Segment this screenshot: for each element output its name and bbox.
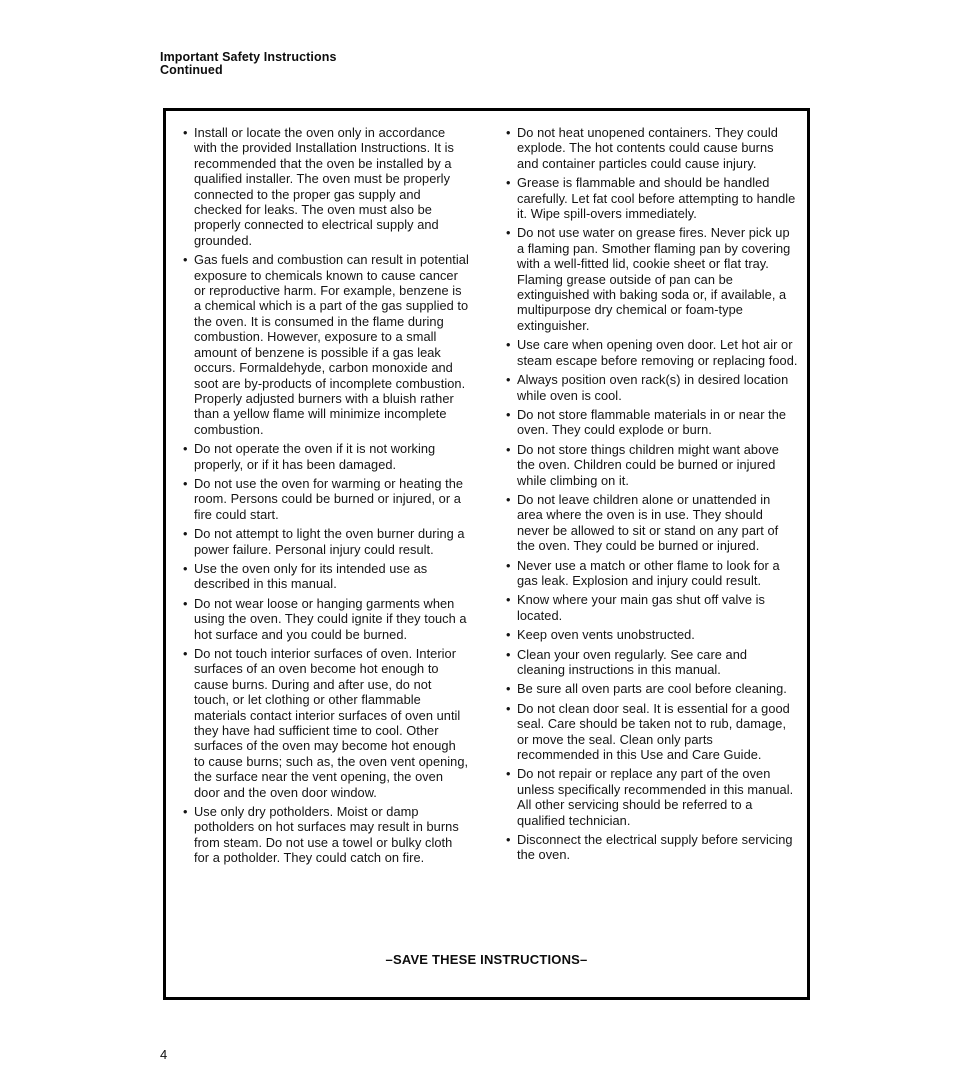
instructions-columns: Install or locate the oven only in accor… (166, 111, 807, 870)
safety-instruction-item: Use only dry potholders. Moist or damp p… (183, 804, 470, 866)
safety-instruction-item: Do not leave children alone or unattende… (506, 492, 798, 554)
safety-instructions-box: Install or locate the oven only in accor… (163, 108, 810, 1000)
safety-instruction-item: Do not operate the oven if it is not wor… (183, 441, 470, 472)
safety-instruction-item: Do not store things children might want … (506, 442, 798, 488)
safety-instruction-item: Do not use water on grease fires. Never … (506, 225, 798, 333)
safety-instruction-item: Clean your oven regularly. See care and … (506, 647, 798, 678)
instructions-column-right: Do not heat unopened containers. They co… (506, 125, 798, 870)
safety-instruction-item: Keep oven vents unobstructed. (506, 627, 798, 642)
safety-instruction-item: Do not wear loose or hanging garments wh… (183, 596, 470, 642)
safety-instruction-item: Know where your main gas shut off valve … (506, 592, 798, 623)
instructions-column-left: Install or locate the oven only in accor… (183, 125, 470, 870)
safety-instruction-item: Do not touch interior surfaces of oven. … (183, 646, 470, 800)
safety-instruction-item: Use the oven only for its intended use a… (183, 561, 470, 592)
safety-instruction-item: Be sure all oven parts are cool before c… (506, 681, 798, 696)
safety-instruction-item: Do not clean door seal. It is essential … (506, 701, 798, 763)
safety-instruction-item: Do not heat unopened containers. They co… (506, 125, 798, 171)
safety-instruction-item: Use care when opening oven door. Let hot… (506, 337, 798, 368)
safety-instruction-item: Never use a match or other flame to look… (506, 558, 798, 589)
manual-page: Important Safety Instructions Continued … (0, 0, 954, 1091)
page-number: 4 (160, 1047, 167, 1062)
safety-instruction-item: Grease is flammable and should be handle… (506, 175, 798, 221)
safety-instruction-item: Gas fuels and combustion can result in p… (183, 252, 470, 437)
save-these-instructions-line: –SAVE THESE INSTRUCTIONS– (166, 952, 807, 967)
safety-instruction-item: Disconnect the electrical supply before … (506, 832, 798, 863)
header-subtitle: Continued (160, 64, 337, 77)
safety-instruction-item: Do not use the oven for warming or heati… (183, 476, 470, 522)
safety-instruction-item: Install or locate the oven only in accor… (183, 125, 470, 248)
safety-instruction-item: Do not attempt to light the oven burner … (183, 526, 470, 557)
safety-instruction-item: Always position oven rack(s) in desired … (506, 372, 798, 403)
safety-instruction-item: Do not repair or replace any part of the… (506, 766, 798, 828)
page-header: Important Safety Instructions Continued (160, 51, 337, 77)
safety-instruction-item: Do not store flammable materials in or n… (506, 407, 798, 438)
